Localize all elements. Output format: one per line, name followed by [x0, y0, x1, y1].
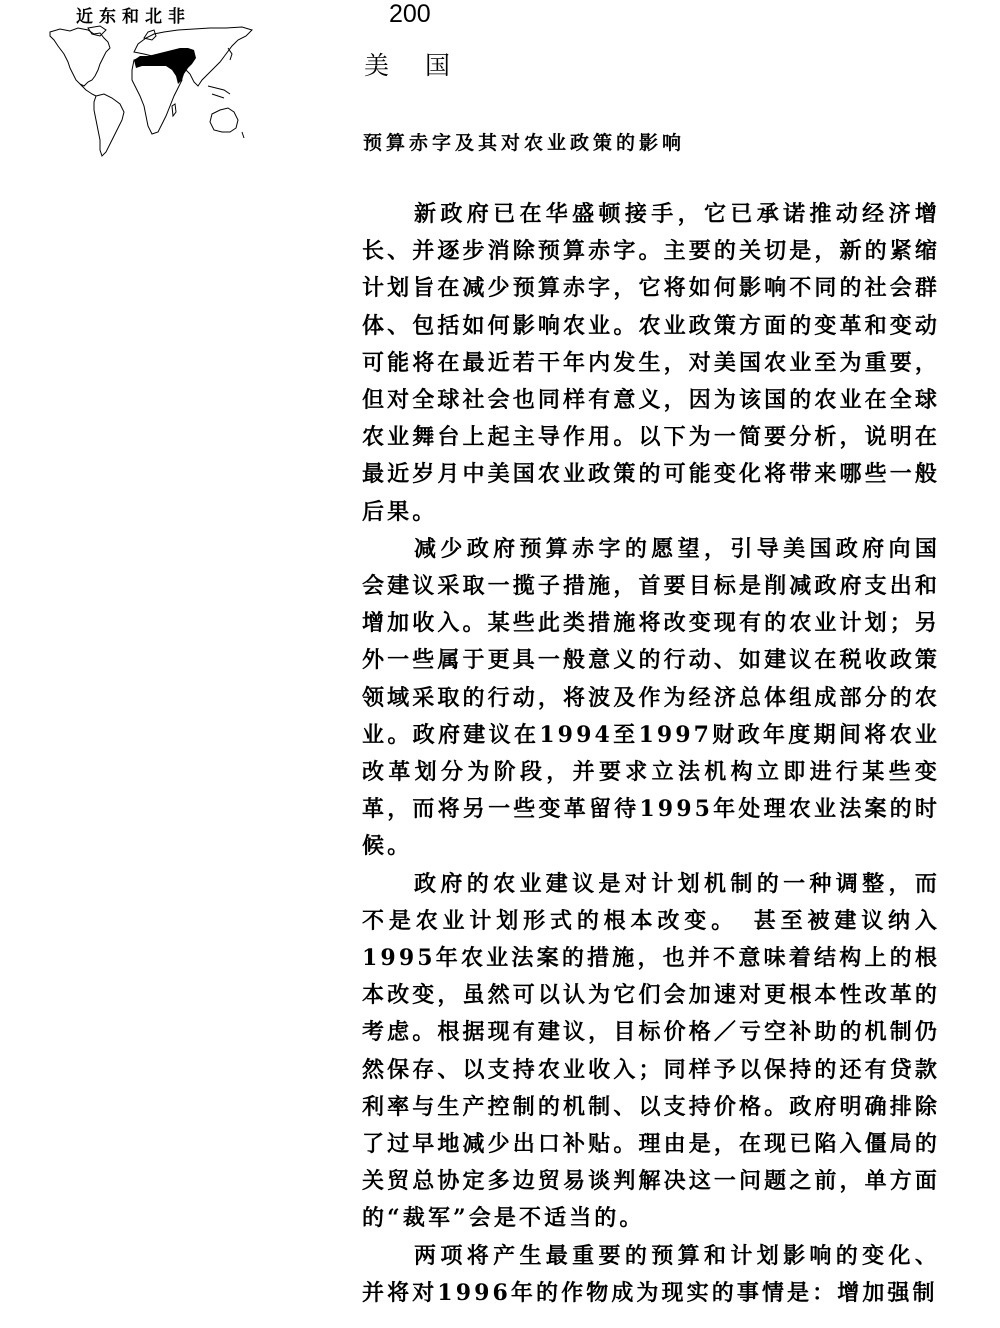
paragraph: 两项将产生最重要的预算和计划影响的变化、并将对1996年的作物成为现实的事情是：…	[362, 1238, 940, 1312]
country-title: 美国	[364, 46, 450, 82]
country-title-char-1: 美	[364, 46, 389, 82]
paragraph: 新政府已在华盛顿接手，它已承诺推动经济增长、并逐步消除预算赤字。主要的关切是，新…	[362, 196, 940, 531]
country-title-char-2: 国	[425, 46, 450, 82]
page-number: 200	[389, 0, 431, 29]
north-america-outline	[50, 28, 110, 86]
world-map-icon	[48, 24, 254, 158]
body-text: 新政府已在华盛顿接手，它已承诺推动经济增长、并逐步消除预算赤字。主要的关切是，新…	[362, 196, 940, 1312]
australia-outline	[210, 108, 238, 132]
section-heading: 预算赤字及其对农业政策的影响	[363, 128, 685, 155]
paragraph: 政府的农业建议是对计划机制的一种调整，而不是农业计划形式的根本改变。 甚至被建议…	[362, 866, 940, 1238]
south-america-outline	[94, 94, 124, 156]
paragraph: 减少政府预算赤字的愿望，引导美国政府向国会建议采取一揽子措施，首要目标是削减政府…	[362, 531, 940, 866]
